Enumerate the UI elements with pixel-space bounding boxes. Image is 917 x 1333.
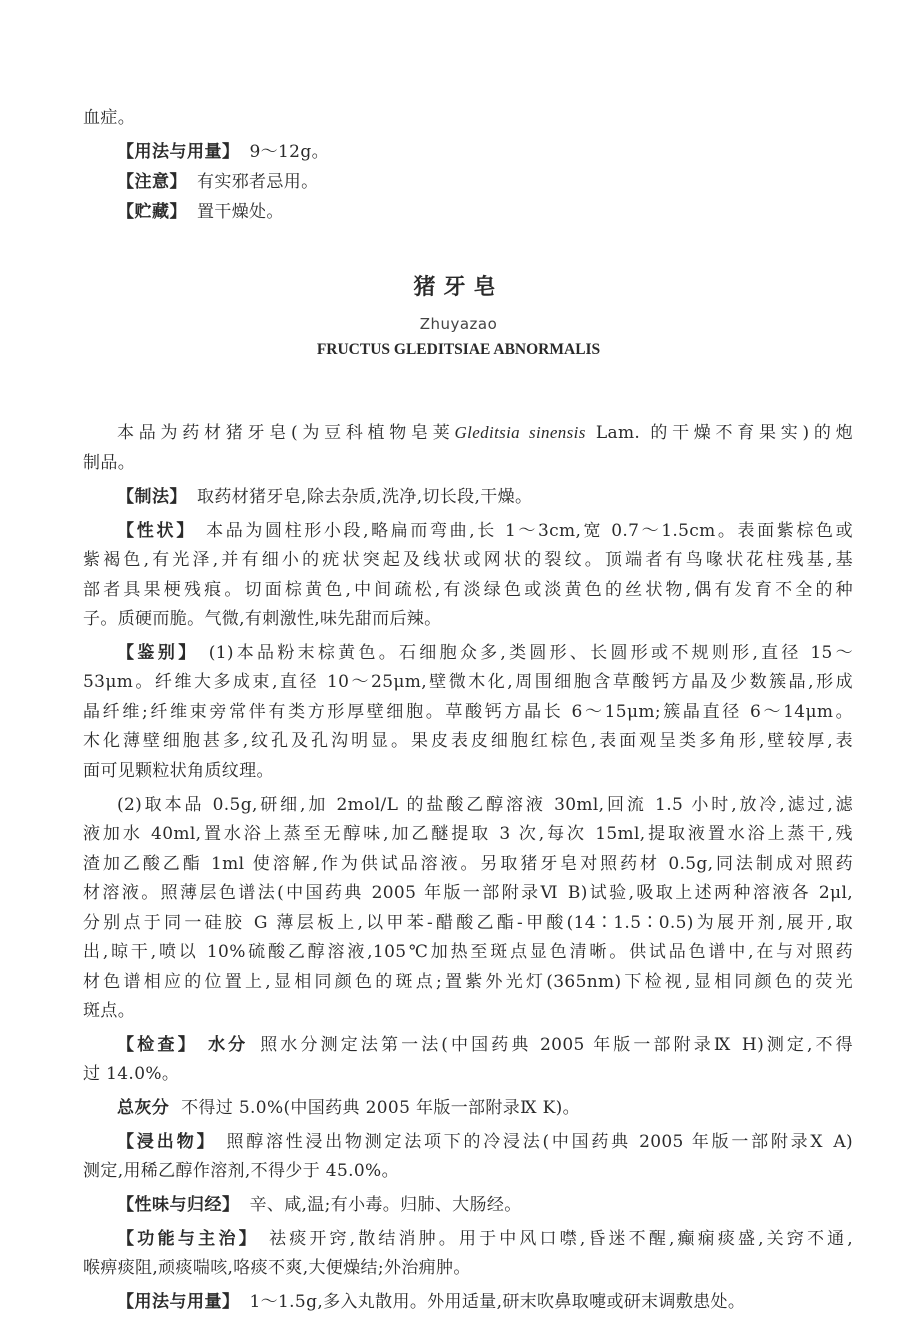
identification2-line-6: 出,晾干,喷以 10%硫酸乙醇溶液,105℃加热至斑点显色清晰。供试品色谱中,在… [83,942,853,962]
prev-caution-label: 【注意】 [117,172,187,192]
entry-title-pinyin: Zhuyazao [0,315,917,333]
identification-line-3: 晶纤维;纤维束旁常伴有类方形厚壁细胞。草酸钙方晶长 6～15μm;簇晶直径 6～… [83,702,853,722]
species-name: Gleditsia sinensis [455,423,586,442]
prev-caution-text: 有实邪者忌用。 [197,172,318,192]
prev-usage: 【用法与用量】9～12g。 [117,142,853,162]
description-line-4: 子。质硬而脆。气微,有刺激性,味先甜而后辣。 [83,609,853,629]
prev-usage-text: 9～12g。 [250,142,329,162]
extract-text: 照醇溶性浸出物测定法项下的冷浸法(中国药典 2005 年版一部附录Ⅹ A) [227,1132,854,1152]
water-text: 照水分测定法第一法(中国药典 2005 年版一部附录Ⅸ H)测定,不得 [260,1035,853,1055]
prev-storage-label: 【贮藏】 [117,202,187,222]
identification-line-5: 面可见颗粒状角质纹理。 [83,761,853,781]
ash-line: 总灰分不得过 5.0%(中国药典 2005 年版一部附录Ⅸ K)。 [117,1098,853,1118]
prev-usage-label: 【用法与用量】 [117,142,240,162]
identification-line-2: 53μm。纤维大多成束,直径 10～25μm,壁微木化,周围细胞含草酸钙方晶及少… [83,672,853,692]
preparation: 【制法】取药材猪牙皂,除去杂质,洗净,切长段,干燥。 [117,487,853,507]
identification2-line-8: 斑点。 [83,1001,853,1021]
preparation-label: 【制法】 [117,487,187,507]
inspection-label: 【检查】 [117,1035,198,1055]
description-line-2: 紫褐色,有光泽,并有细小的疣状突起及线状或网状的裂纹。顶端者有鸟喙状花柱残基,基 [83,550,853,570]
functions-line-1: 【功能与主治】祛痰开窍,散结消肿。用于中风口噤,昏迷不醒,癫痫痰盛,关窍不通, [117,1229,853,1249]
prev-storage: 【贮藏】置干燥处。 [117,202,853,222]
identification2-line-4: 材溶液。照薄层色谱法(中国药典 2005 年版一部附录Ⅵ B)试验,吸取上述两种… [83,883,853,903]
identification2-line-1: (2)取本品 0.5g,研细,加 2mol/L 的盐酸乙醇溶液 30ml,回流 … [117,795,853,815]
usage-text: 1～1.5g,多入丸散用。外用适量,研末吹鼻取嚏或研末调敷患处。 [250,1292,746,1312]
ash-text: 不得过 5.0%(中国药典 2005 年版一部附录Ⅸ K)。 [181,1098,580,1118]
inspection-line-1: 【检查】水分照水分测定法第一法(中国药典 2005 年版一部附录Ⅸ H)测定,不… [117,1035,853,1055]
nature-line: 【性味与归经】辛、咸,温;有小毒。归肺、大肠经。 [117,1195,853,1215]
functions-label: 【功能与主治】 [117,1229,259,1249]
description-line-3: 部者具果梗残痕。切面棕黄色,中间疏松,有淡绿色或淡黄色的丝状物,偶有发育不全的种 [83,580,853,600]
description-line-1: 【性状】本品为圆柱形小段,略扁而弯曲,长 1～3cm,宽 0.7～1.5cm。表… [117,521,853,541]
nature-label: 【性味与归经】 [117,1195,240,1215]
usage-line: 【用法与用量】1～1.5g,多入丸散用。外用适量,研末吹鼻取嚏或研末调敷患处。 [117,1292,853,1312]
intro-text-a: 本品为药材猪牙皂(为豆科植物皂荚 [117,423,455,443]
prev-storage-text: 置干燥处。 [197,202,284,222]
identification2-line-3: 渣加乙酸乙酯 1ml 使溶解,作为供试品溶液。另取猪牙皂对照药材 0.5g,同法… [83,854,853,874]
functions-text: 祛痰开窍,散结消肿。用于中风口噤,昏迷不醒,癫痫痰盛,关窍不通, [269,1229,853,1249]
identification-label: 【鉴别】 [117,643,199,663]
identification2-line-7: 材色谱相应的位置上,显相同颜色的斑点;置紫外光灯(365nm)下检视,显相同颜色… [83,972,853,992]
prev-entry-tail: 血症。 [83,108,853,128]
extract-line-1: 【浸出物】照醇溶性浸出物测定法项下的冷浸法(中国药典 2005 年版一部附录Ⅹ … [117,1132,853,1152]
prev-caution: 【注意】有实邪者忌用。 [117,172,853,192]
intro-text-b: Lam. 的干燥不育果实)的炮 [596,423,853,443]
functions-line-2: 喉痹痰阻,顽痰喘咳,咯痰不爽,大便燥结;外治痈肿。 [83,1258,853,1278]
identification-line-4: 木化薄壁细胞甚多,纹孔及孔沟明显。果皮表皮细胞红棕色,表面观呈类多角形,壁较厚,… [83,731,853,751]
intro-line-2: 制品。 [83,453,853,473]
identification2-line-2: 液加水 40ml,置水浴上蒸至无醇味,加乙醚提取 3 次,每次 15ml,提取液… [83,824,853,844]
description-label: 【性状】 [117,521,196,541]
nature-text: 辛、咸,温;有小毒。归肺、大肠经。 [250,1195,522,1215]
ash-label: 总灰分 [117,1098,169,1118]
extract-label: 【浸出物】 [117,1132,217,1152]
entry-title-latin: FRUCTUS GLEDITSIAE ABNORMALIS [0,341,917,359]
identification-text: (1)本品粉末棕黄色。石细胞众多,类圆形、长圆形或不规则形,直径 15～ [209,643,853,663]
identification2-line-5: 分别点于同一硅胶 G 薄层板上,以甲苯-醋酸乙酯-甲酸(14∶1.5∶0.5)为… [83,913,853,933]
entry-title-chinese: 猪牙皂 [0,270,917,301]
water-label: 水分 [208,1035,248,1055]
intro-line-1: 本品为药材猪牙皂(为豆科植物皂荚Gleditsia sinensis Lam. … [117,423,853,443]
inspection-line-2: 过 14.0%。 [83,1064,853,1084]
description-text: 本品为圆柱形小段,略扁而弯曲,长 1～3cm,宽 0.7～1.5cm。表面紫棕色… [206,521,853,541]
usage-label: 【用法与用量】 [117,1292,240,1312]
extract-line-2: 测定,用稀乙醇作溶剂,不得少于 45.0%。 [83,1161,853,1181]
preparation-text: 取药材猪牙皂,除去杂质,洗净,切长段,干燥。 [197,487,532,507]
identification-line-1: 【鉴别】(1)本品粉末棕黄色。石细胞众多,类圆形、长圆形或不规则形,直径 15～ [117,643,853,663]
